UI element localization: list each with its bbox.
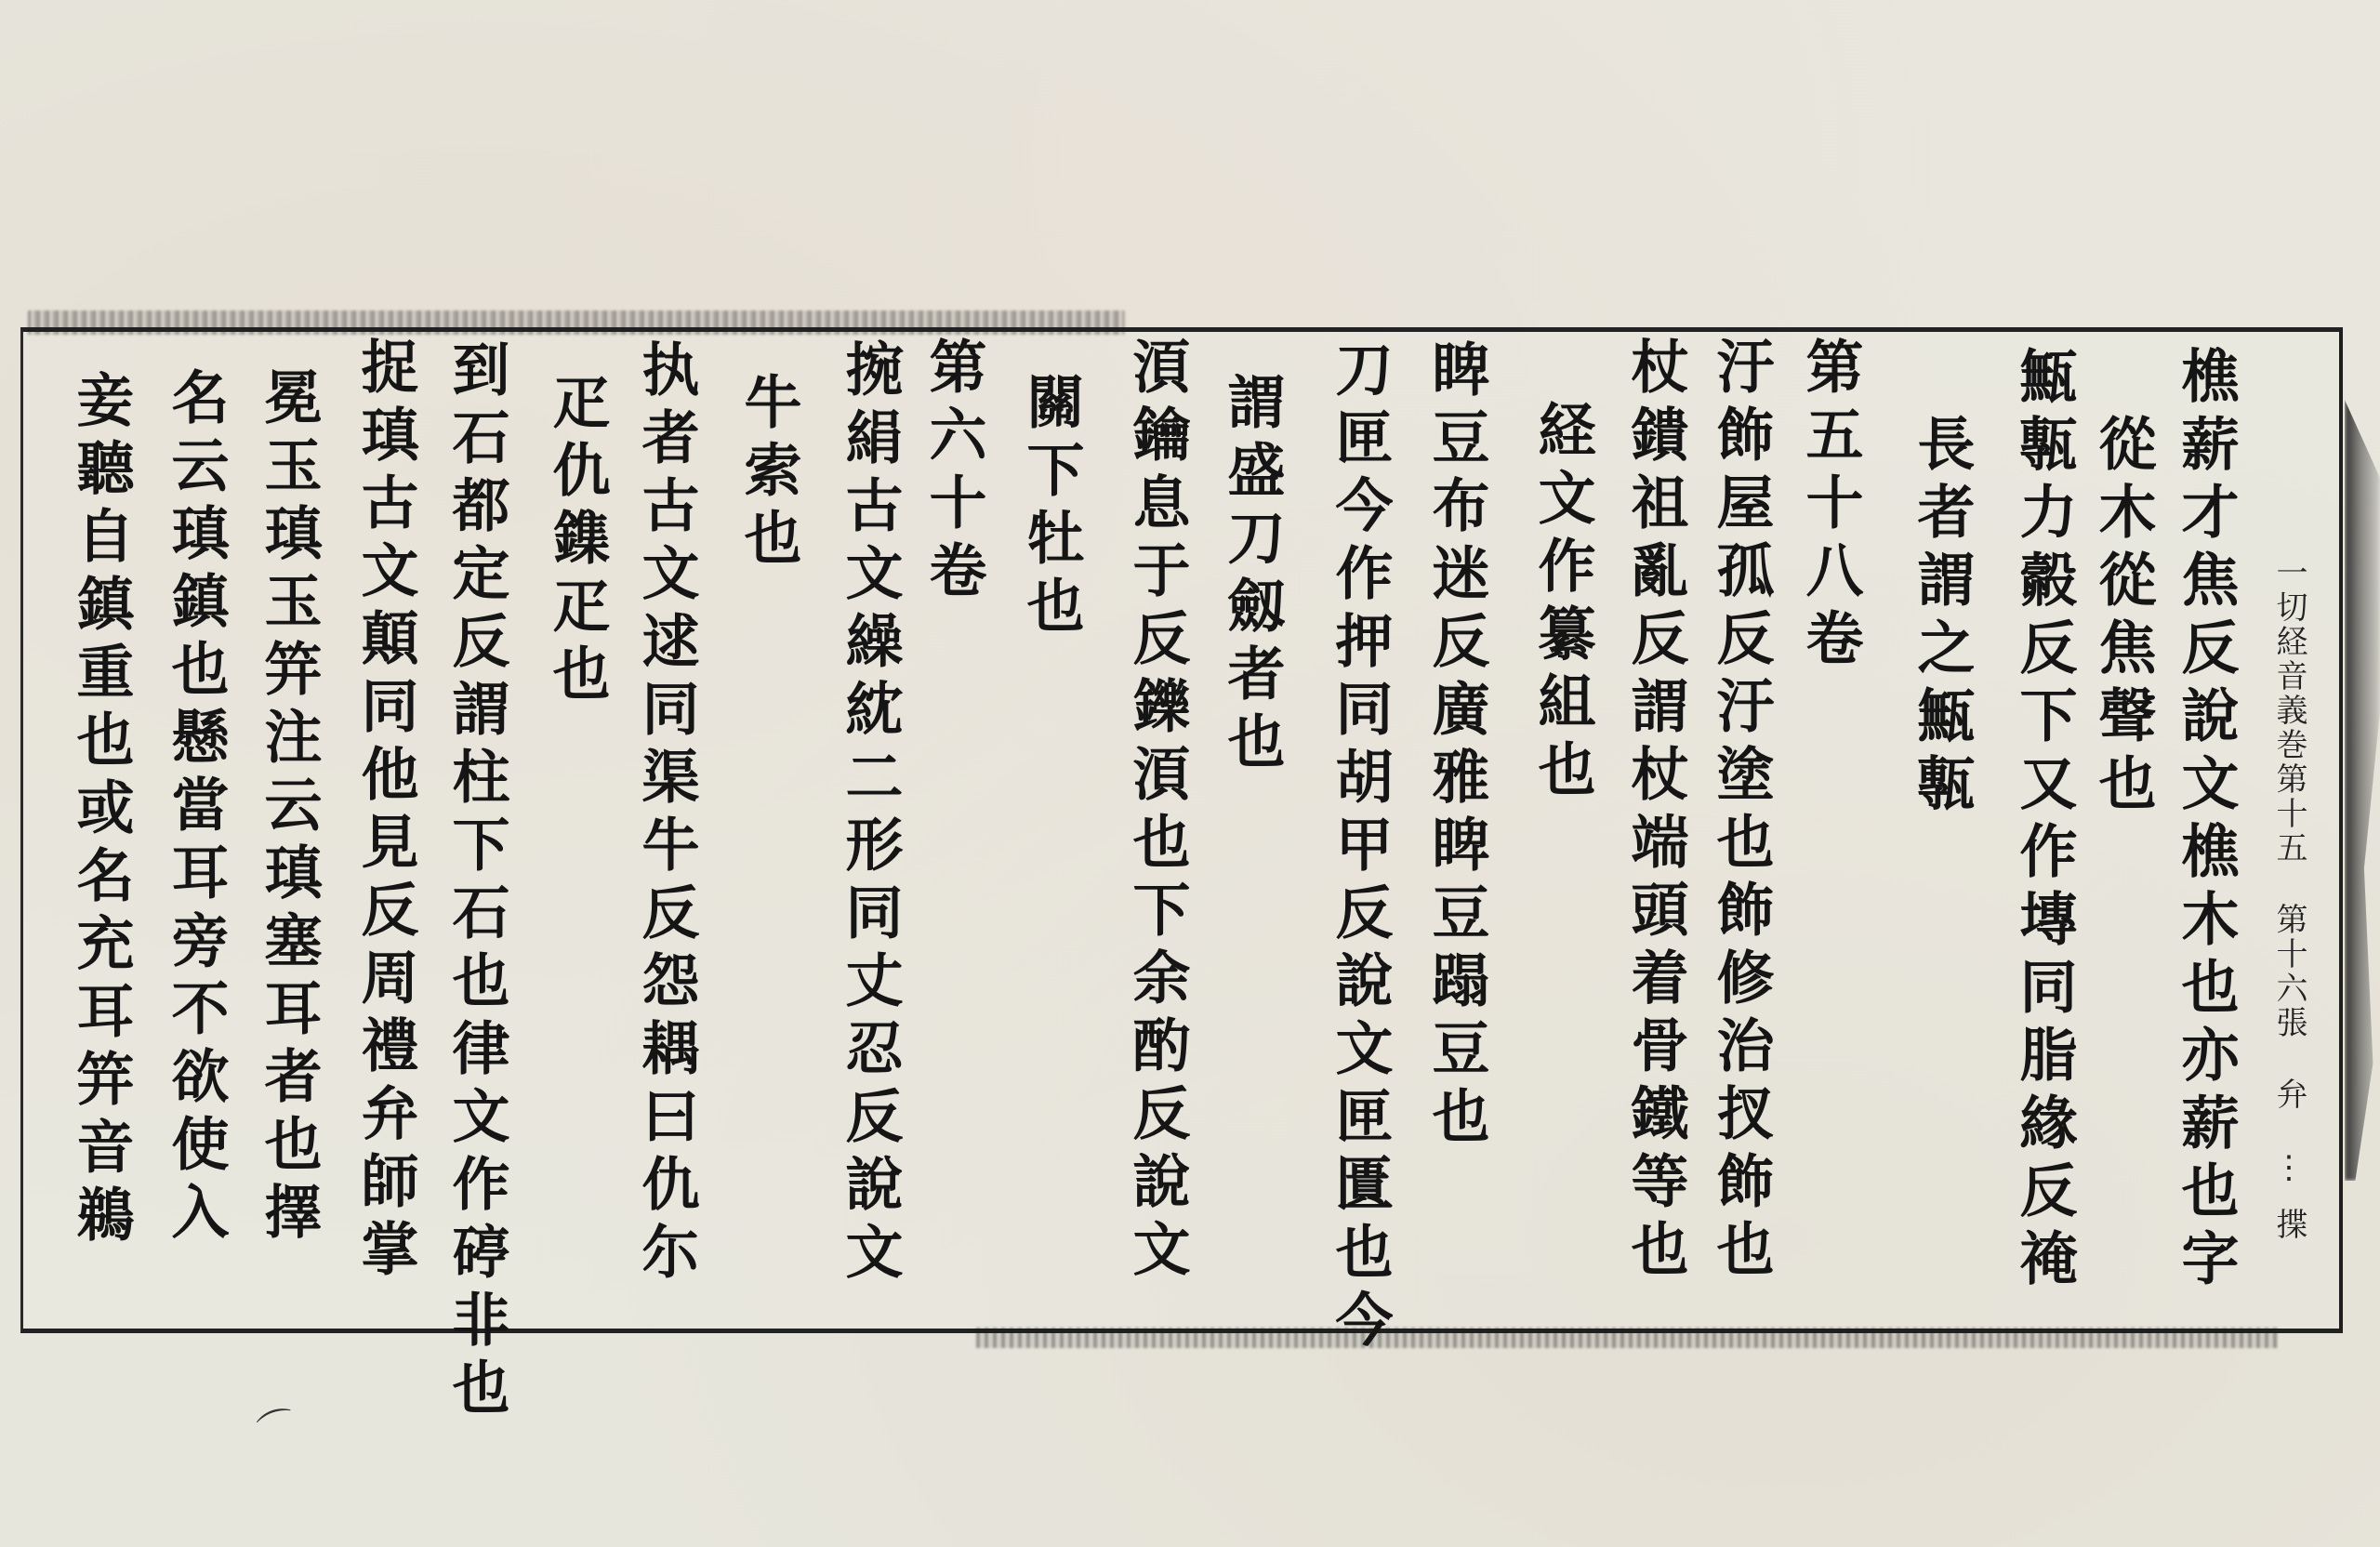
text-column-3: 甒甎力㲉反下又作塼同脂緣反䄋 (2015, 346, 2072, 1296)
ink-smudge-top (28, 311, 1125, 335)
text-column-11: 謂盛刀劔者也 (1223, 372, 1280, 779)
text-column-15: 捥絹古文繰紞二形同丈忍反說文 (840, 339, 898, 1289)
text-column-13: 關下牡也 (1022, 372, 1079, 643)
document-page: 一切経音義巻第十五第十六張弁⋮揲 樵薪才焦反說文樵木也亦薪也字 從木從焦聲也 甒… (0, 0, 2380, 1547)
text-column-2: 從木從焦聲也 (2094, 414, 2151, 821)
ink-smudge-right-edge (2345, 400, 2380, 1181)
text-column-22: 名云瑱鎮也懸當耳旁不欲使入 (166, 367, 224, 1249)
text-column-17: 执者古文逑同渠牛反怨耦曰仇尓 (637, 339, 694, 1289)
text-column-9: 睥豆布迷反廣雅睥豆蹋豆也 (1427, 339, 1485, 1154)
text-column-12: 湏鑰息于反鑠湏也下余酌反說文 (1128, 337, 1185, 1287)
section-heading-vol58: 第五十八卷 (1801, 337, 1858, 676)
text-column-7: 杖鐀祖亂反謂杖端頭着骨鐵等也 (1626, 337, 1684, 1287)
section-heading-vol60: 第六十卷 (924, 337, 982, 608)
text-column-16: 牛索也 (739, 372, 797, 575)
stray-ink-mark: ⌒ (250, 1395, 303, 1457)
text-column-4: 長者謂之甒甎 (1912, 414, 1970, 821)
text-column-6: 汙飾屋孤反汙塗也飾修治扠飾也 (1712, 337, 1769, 1287)
margin-annotation: 揲 (2270, 1208, 2307, 1242)
ink-smudge-bottom (976, 1328, 2278, 1348)
margin-dots: ⋮ (2270, 1149, 2307, 1189)
text-column-18: 疋仇鏶疋也 (548, 372, 605, 711)
sheet-number: 第十六張 (2270, 903, 2307, 1040)
margin-title-column: 一切経音義巻第十五第十六張弁⋮揲 (2273, 556, 2305, 1242)
text-column-20: 捉瑱古文顛同他見反周禮弁師掌 (356, 337, 414, 1287)
text-column-10: 刀匣今作押同胡甲反說文匣匱也今 (1330, 339, 1388, 1357)
text-column-23: 妾聽自鎮重也或名充耳笄音鵜 (72, 370, 129, 1252)
book-title: 一切経音義巻第十五 (2270, 556, 2307, 866)
text-column-19: 到石都定反謂柱下石也律文作碠非也 (447, 339, 505, 1425)
text-column-21: 冕玉瑱玉笄注云瑱塞耳者也擇 (259, 367, 317, 1249)
carver-mark: 弁 (2270, 1078, 2307, 1112)
text-column-8: 経文作纂組也 (1533, 400, 1591, 807)
text-column-1: 樵薪才焦反說文樵木也亦薪也字 (2176, 346, 2234, 1296)
